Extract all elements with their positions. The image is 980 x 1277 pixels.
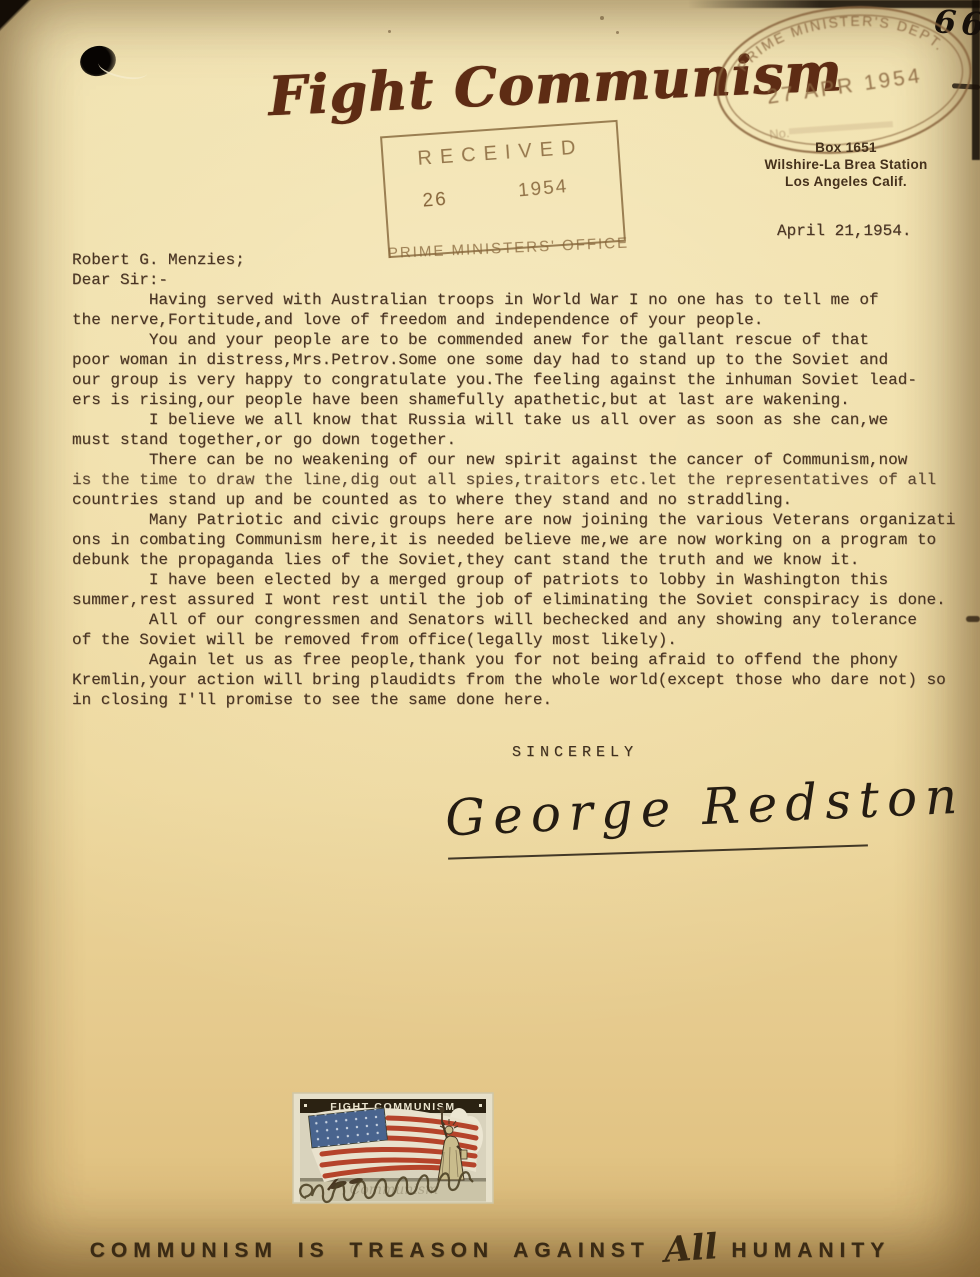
letter-line: summer,rest assured I wont rest until th… [72,590,955,610]
received-stamp-title: RECEIVED [383,134,618,173]
address-line: Los Angeles Calif. [740,173,952,190]
ink-speck [616,31,619,34]
closing-word: SINCERELY [512,744,638,761]
letter-line: You and your people are to be commended … [72,330,955,350]
letter-line: I believe we all know that Russia will t… [72,410,955,430]
letter-line: Many Patriotic and civic groups here are… [72,510,955,530]
letter-line: I have been elected by a merged group of… [72,570,955,590]
footer-text-right: HUMANITY [731,1239,890,1263]
fight-communism-sticker: FIGHT COMMUNISM [292,1092,496,1218]
letter-line: debunk the propaganda lies of the Soviet… [72,550,955,570]
letter-line: poor woman in distress,Mrs.Petrov.Some o… [72,350,955,370]
ink-speck [600,16,604,20]
footer-text-left: COMMUNISM IS TREASON AGAINST [90,1239,650,1263]
letter-line: Having served with Australian troops in … [72,290,955,310]
scan-corner-top-left [0,0,64,42]
letter-line: must stand together,or go down together. [72,430,955,450]
letter-line: All of our congressmen and Senators will… [72,610,955,630]
address-line: Wilshire-La Brea Station [740,156,952,173]
letter-line: Robert G. Menzies; [72,250,955,270]
received-stamp-day: 26 [422,189,449,213]
crushed-word-text: Communism [350,1182,439,1198]
statue-tablet [461,1150,467,1159]
letter-line: ons in combating Communism here,it is ne… [72,530,955,550]
letter-line: the nerve,Fortitude,and love of freedom … [72,310,955,330]
letter-line: countries stand up and be counted as to … [72,490,955,510]
letter-line: Kremlin,your action will bring plaudidts… [72,670,955,690]
signature-underline [448,844,868,859]
letter-line: Again let us as free people,thank you fo… [72,650,955,670]
scan-mark [966,616,980,622]
signature-name: George Redston [444,767,966,848]
letter-line: our group is very happy to congratulate … [72,370,955,390]
letter-line: Dear Sir:- [72,270,955,290]
letter-line: ers is rising,our people have been shame… [72,390,955,410]
received-stamp-year: 1954 [517,176,569,202]
letterhead-title: Fight Communism [267,44,739,128]
received-stamp: RECEIVED 26 1954 PRIME MINISTERS' OFFICE [380,120,626,258]
footer-slogan: COMMUNISM IS TREASON AGAINST All HUMANIT… [0,1228,980,1274]
header-diamond-icon [304,1104,307,1107]
stamp-smudge [789,121,893,134]
letter-line: in closing I'll promise to see the same … [72,690,955,710]
paper-scratch [96,53,149,83]
footer-text-emphasis: All [662,1226,718,1271]
letter-line: There can be no weakening of our new spi… [72,450,955,470]
scanned-letter-page: 66 Fight Communism PRIME MINISTER'S DEPT… [0,0,980,1277]
letter-body: Robert G. Menzies; Dear Sir:- Having ser… [72,250,955,710]
sender-address: Box 1651 Wilshire-La Brea Station Los An… [740,139,952,190]
letter-line: is the time to draw the line,dig out all… [72,470,955,490]
ink-speck [388,30,391,33]
torch-flame [439,1107,444,1113]
stamp-date-text: 27 APR 1954 [765,64,923,109]
letter-date: April 21,1954. [777,222,911,240]
address-line: Box 1651 [740,139,952,156]
letter-line: of the Soviet will be removed from offic… [72,630,955,650]
header-diamond-icon [479,1104,482,1107]
